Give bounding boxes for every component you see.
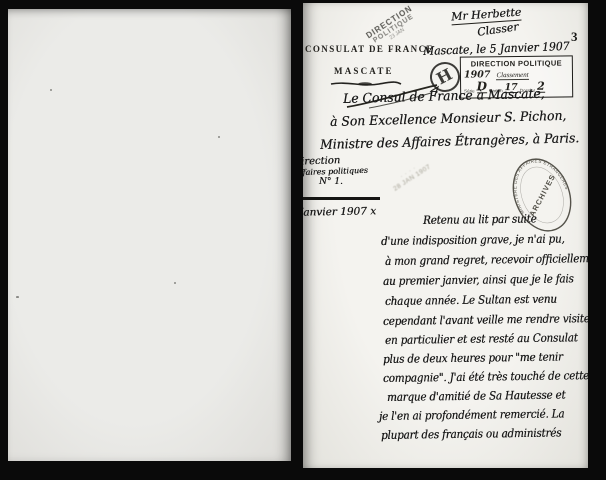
body-line: je l'en ai profondément remercié. La <box>379 406 564 423</box>
body-line: cependant l'avant veille me rendre visit… <box>383 311 588 328</box>
consulate-stamp-line2: MASCATE <box>334 66 394 76</box>
body-line: compagnie". J'ai été très touché de cett… <box>383 368 588 385</box>
blank-left-page <box>8 9 291 461</box>
margin-note-number: N° 1. <box>319 177 343 187</box>
body-line: chaque année. Le Sultan est venu <box>385 292 557 308</box>
body-line: Retenu au lit par suite <box>423 211 537 227</box>
dust-speck <box>50 89 52 91</box>
letter-page: Mr Herbette Classer 3 CONSULAT DE FRANCE… <box>303 3 588 468</box>
dust-speck <box>16 296 19 298</box>
faint-date-stamp: · · · · 28 JAN 1907 <box>389 158 432 192</box>
letter-body: Retenu au lit par suite d'une indisposit… <box>303 211 588 451</box>
body-line: en particulier et est resté au Consulat <box>385 330 578 347</box>
dust-speck <box>174 282 176 284</box>
body-line: au premier janvier, ainsi que je le fais <box>383 271 574 288</box>
body-line: à mon grand regret, recevoir officiellem… <box>385 251 588 268</box>
registry-classement-label: Classement <box>496 71 528 80</box>
page-number: 3 <box>571 29 578 45</box>
dust-speck <box>218 136 220 138</box>
body-line: plupart des français ou administrés <box>381 425 561 442</box>
salutation-line: à Son Excellence Monsieur S. Pichon, <box>330 109 567 130</box>
monogram-letter: H <box>435 66 456 87</box>
margin-note-affaires: affaires politiques <box>303 166 368 178</box>
margin-divider-rule <box>303 197 380 200</box>
body-line: d'une indisposition grave, je n'ai pu, <box>381 231 565 248</box>
body-line: plus de deux heures pour "me tenir <box>383 349 563 366</box>
body-line: marque d'amitié de Sa Hautesse et <box>387 388 566 404</box>
registry-stamp-title: DIRECTION POLITIQUE <box>464 58 569 68</box>
